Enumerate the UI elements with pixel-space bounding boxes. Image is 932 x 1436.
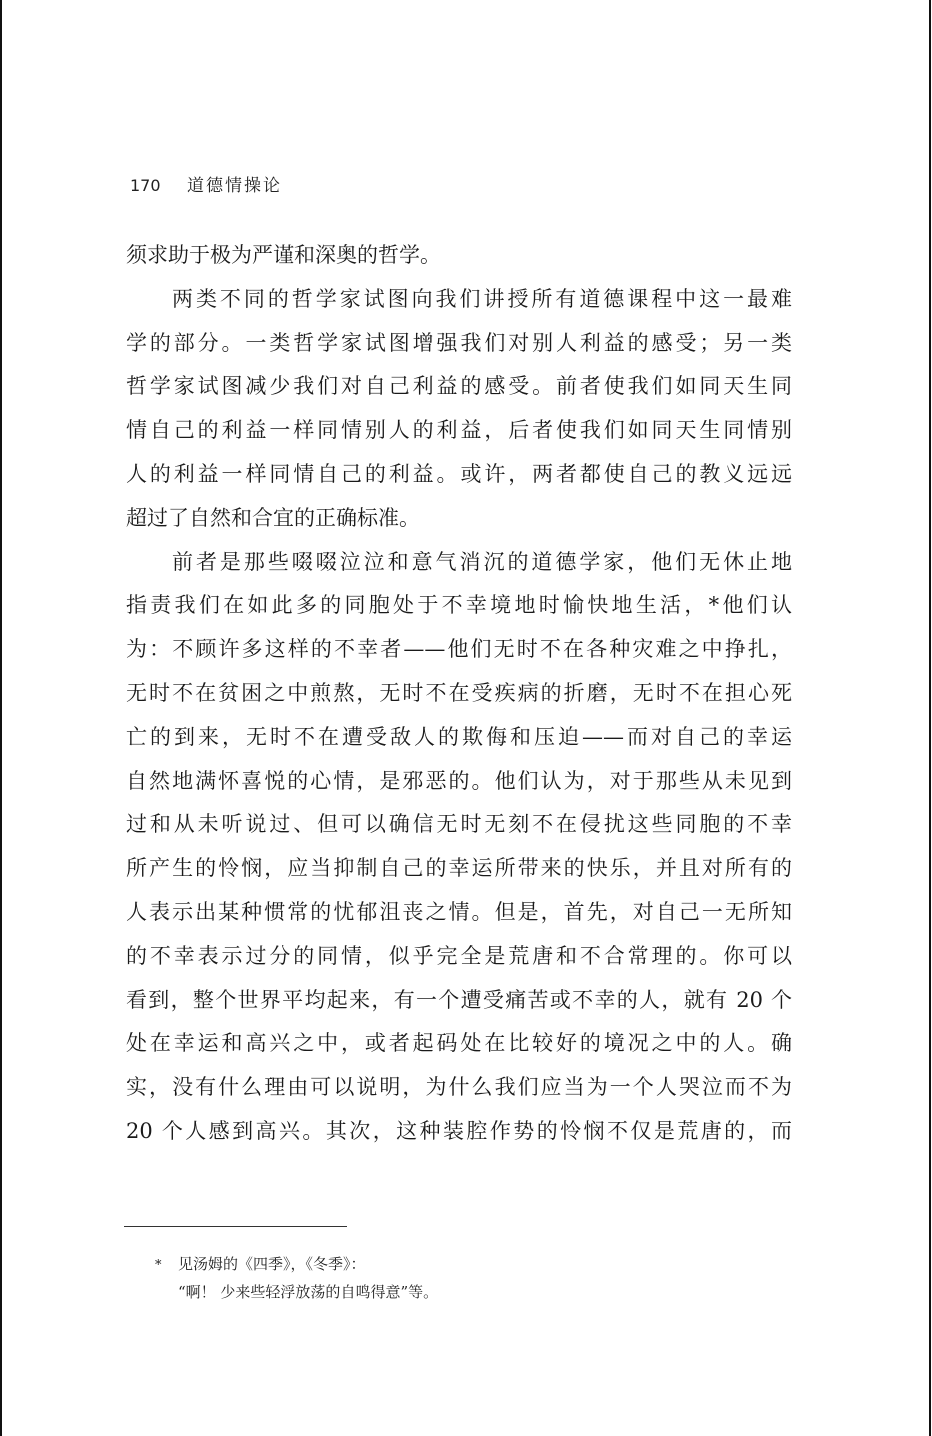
running-head: 170道德情操论 — [130, 175, 282, 197]
text-line: 人的利益一样同情自己的利益。或许，两者都使自己的教义远远 — [126, 453, 792, 497]
page-edge-left — [0, 0, 2, 1436]
text-line: 过和从未听说过、但可以确信无时无刻不在侵扰这些同胞的不幸 — [126, 803, 792, 847]
footnote-line-1: *见汤姆的《四季》，《冬季》： — [155, 1250, 438, 1278]
footnote: *见汤姆的《四季》，《冬季》： “啊！ 少来些轻浮放荡的自鸣得意”等。 — [155, 1250, 438, 1306]
text-line: 实，没有什么理由可以说明，为什么我们应当为一个人哭泣而不为 — [126, 1066, 792, 1110]
page-number: 170 — [130, 175, 187, 197]
text-line: 自然地满怀喜悦的心情，是邪恶的。他们认为，对于那些从未见到 — [126, 760, 792, 804]
text-line: 两类不同的哲学家试图向我们讲授所有道德课程中这一最难 — [126, 278, 792, 322]
text-line: 20 个人感到高兴。其次，这种装腔作势的怜悯不仅是荒唐的，而 — [126, 1110, 792, 1154]
text-line: 指责我们在如此多的同胞处于不幸境地时愉快地生活，*他们认 — [126, 584, 792, 628]
book-title: 道德情操论 — [187, 176, 282, 196]
text-line: 为：不顾许多这样的不幸者——他们无时不在各种灾难之中挣扎， — [126, 628, 792, 672]
text-line: 亡的到来，无时不在遭受敌人的欺侮和压迫——而对自己的幸运 — [126, 716, 792, 760]
text-line: 人表示出某种惯常的忧郁沮丧之情。但是，首先，对自己一无所知 — [126, 891, 792, 935]
text-line: 前者是那些啜啜泣泣和意气消沉的道德学家，他们无休止地 — [126, 541, 792, 585]
text-line: 所产生的怜悯，应当抑制自己的幸运所带来的快乐，并且对所有的 — [126, 847, 792, 891]
text-line: 学的部分。一类哲学家试图增强我们对别人利益的感受；另一类 — [126, 322, 792, 366]
footnote-line-2: “啊！ 少来些轻浮放荡的自鸣得意”等。 — [155, 1278, 438, 1306]
text-line: 看到，整个世界平均起来，有一个遭受痛苦或不幸的人，就有 20 个 — [126, 979, 792, 1023]
text-line: 情自己的利益一样同情别人的利益，后者使我们如同天生同情别 — [126, 409, 792, 453]
footnote-text-1: 见汤姆的《四季》，《冬季》： — [178, 1255, 366, 1273]
text-line: 须求助于极为严谨和深奥的哲学。 — [126, 234, 792, 278]
text-line: 的不幸表示过分的同情，似乎完全是荒唐和不合常理的。你可以 — [126, 935, 792, 979]
footnote-rule — [124, 1226, 347, 1227]
text-line: 超过了自然和合宜的正确标准。 — [126, 497, 792, 541]
text-line: 处在幸运和高兴之中，或者起码处在比较好的境况之中的人。确 — [126, 1022, 792, 1066]
page-edge-right — [929, 0, 931, 1436]
text-line: 哲学家试图减少我们对自己利益的感受。前者使我们如同天生同 — [126, 365, 792, 409]
body-text: 须求助于极为严谨和深奥的哲学。 两类不同的哲学家试图向我们讲授所有道德课程中这一… — [126, 234, 792, 1154]
footnote-marker: * — [155, 1252, 178, 1280]
text-line: 无时不在贫困之中煎熬，无时不在受疾病的折磨，无时不在担心死 — [126, 672, 792, 716]
